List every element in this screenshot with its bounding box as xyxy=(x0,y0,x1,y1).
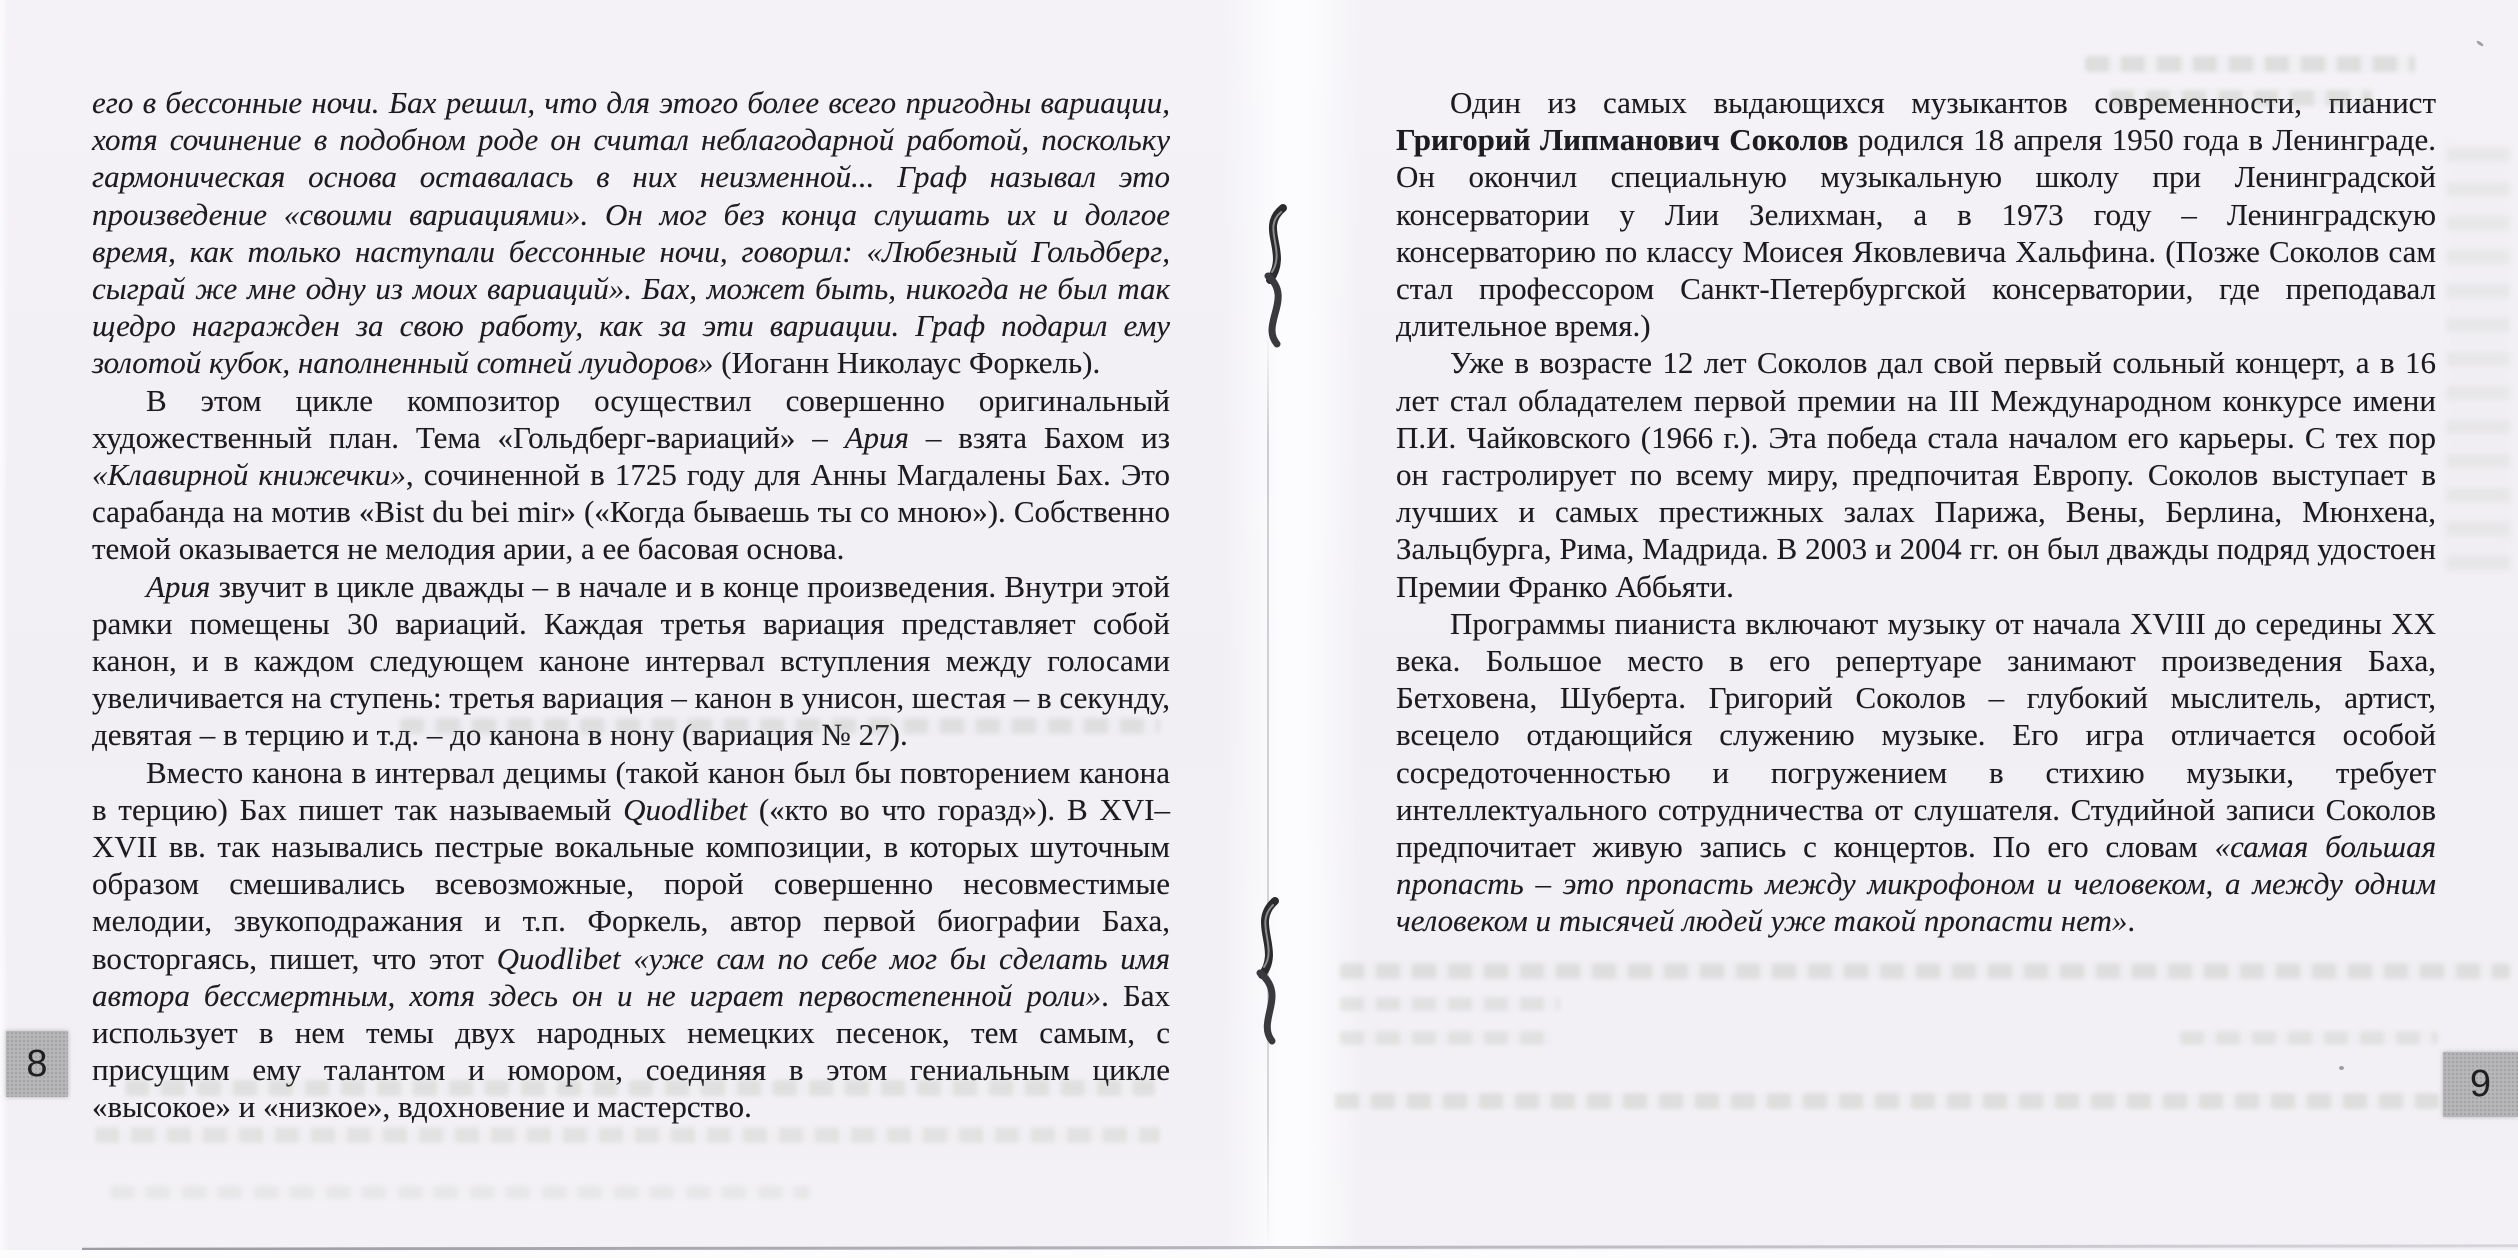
page-number-label: 8 xyxy=(26,1043,47,1086)
booklet-scan: его в бессонные ночи. Бах решил, что для… xyxy=(0,0,2518,1258)
paragraph: Один из самых выдающихся музыкантов совр… xyxy=(1396,84,2436,344)
page-number-9: 9 xyxy=(2443,1052,2518,1117)
text-run: Ария xyxy=(146,569,210,604)
bleedthrough-ghost xyxy=(400,718,1160,734)
text-run: «Клавирной книжечки» xyxy=(92,457,406,492)
bleedthrough-ghost xyxy=(1335,1093,2440,1109)
paragraph: его в бессонные ночи. Бах решил, что для… xyxy=(92,84,1170,382)
page-number-8: 8 xyxy=(6,1031,68,1097)
paragraph: Уже в возрасте 12 лет Соколов дал свой п… xyxy=(1396,344,2436,604)
text-run: – взята Бахом из xyxy=(909,420,1170,455)
scan-speck xyxy=(2339,1066,2344,1070)
staple-icon xyxy=(1242,893,1294,1049)
bleedthrough-ghost xyxy=(2110,90,2372,106)
text-run: Программы пианиста включают музыку от на… xyxy=(1396,606,2436,864)
paragraph: В этом цикле композитор осуществил совер… xyxy=(92,382,1170,568)
bleedthrough-ghost xyxy=(1340,1031,1552,1045)
scan-speck xyxy=(2476,40,2484,47)
text-run: Quodlibet xyxy=(623,792,747,827)
bleedthrough-ghost xyxy=(125,1080,1155,1096)
bleedthrough-ghost xyxy=(1340,997,1560,1011)
bleedthrough-ghost xyxy=(1340,963,2510,979)
text-run: Ария xyxy=(845,420,909,455)
paragraph: Программы пианиста включают музыку от на… xyxy=(1396,605,2436,940)
staple-icon xyxy=(1248,200,1300,352)
text-run: его в бессонные ночи. Бах решил, что для… xyxy=(92,85,1170,380)
paragraph: Вместо канона в интервал децимы (такой к… xyxy=(92,754,1170,1126)
scanner-background xyxy=(0,1250,2518,1258)
bleedthrough-ghost xyxy=(2446,140,2510,570)
bleedthrough-ghost xyxy=(110,1186,810,1199)
bleedthrough-ghost xyxy=(95,1127,1160,1143)
bleedthrough-ghost xyxy=(2085,56,2415,72)
gutter-crease xyxy=(1267,330,1269,1248)
text-run: Григорий Липманович Соколов xyxy=(1396,122,1849,157)
bleedthrough-ghost xyxy=(2180,1031,2438,1045)
page-number-label: 9 xyxy=(2470,1063,2491,1106)
text-run: (Иоганн Николаус Форкель). xyxy=(721,345,1100,380)
text-run: Уже в возрасте 12 лет Соколов дал свой п… xyxy=(1396,345,2436,603)
left-page-text: его в бессонные ночи. Бах решил, что для… xyxy=(92,84,1170,1126)
right-page-text: Один из самых выдающихся музыкантов совр… xyxy=(1396,84,2436,940)
gutter-fold xyxy=(1222,0,1362,1258)
text-run: . xyxy=(2127,903,2135,938)
